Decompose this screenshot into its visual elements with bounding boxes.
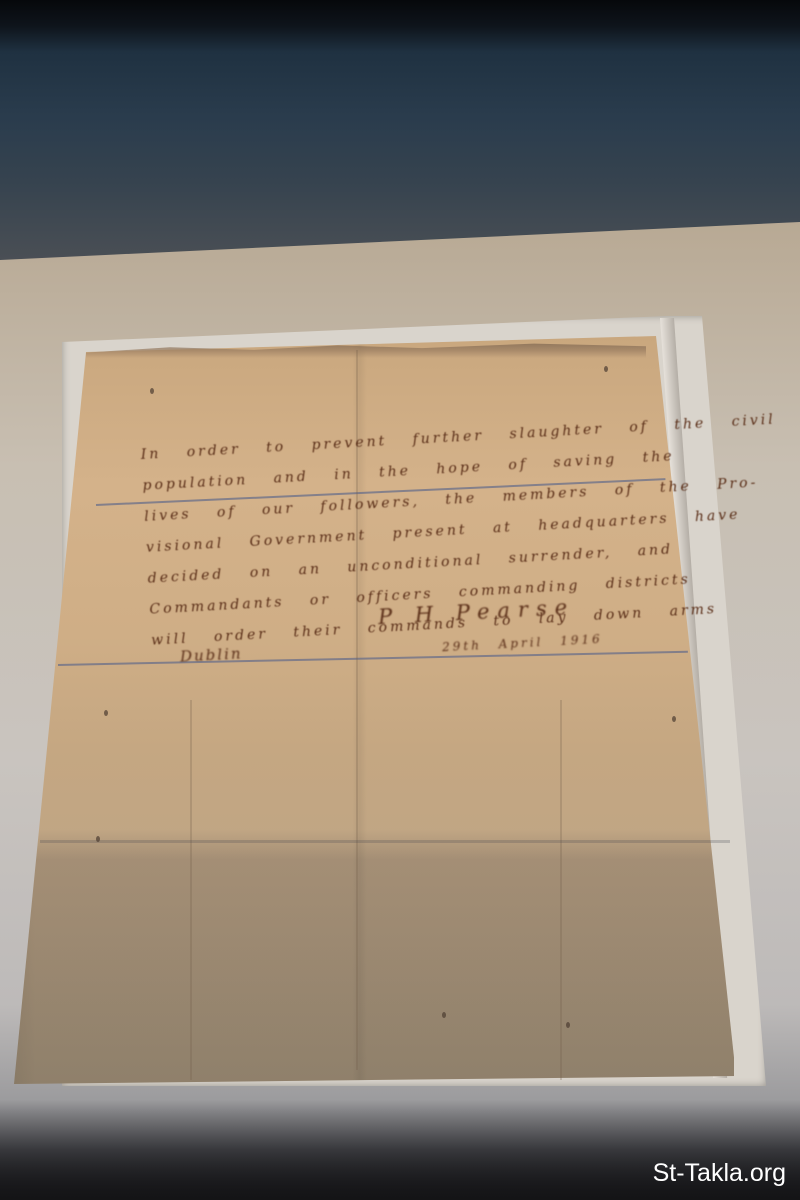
- paper-stain: [96, 836, 100, 842]
- fold-crease-vertical: [190, 700, 192, 1080]
- watermark: St-Takla.org: [653, 1159, 786, 1188]
- paper-stain: [442, 1012, 446, 1018]
- paper-stain: [150, 388, 154, 394]
- paper-stain: [672, 716, 676, 722]
- fold-crease-vertical: [560, 700, 562, 1080]
- photo-scene: In order to prevent further slaughter of…: [0, 0, 800, 1200]
- paper-stain: [104, 710, 108, 716]
- display-case-background: [0, 0, 800, 260]
- fold-crease-horizontal: [40, 840, 730, 843]
- paper-stain: [604, 366, 608, 372]
- paper-stain: [566, 1022, 570, 1028]
- letter-place: Dublin: [180, 644, 243, 665]
